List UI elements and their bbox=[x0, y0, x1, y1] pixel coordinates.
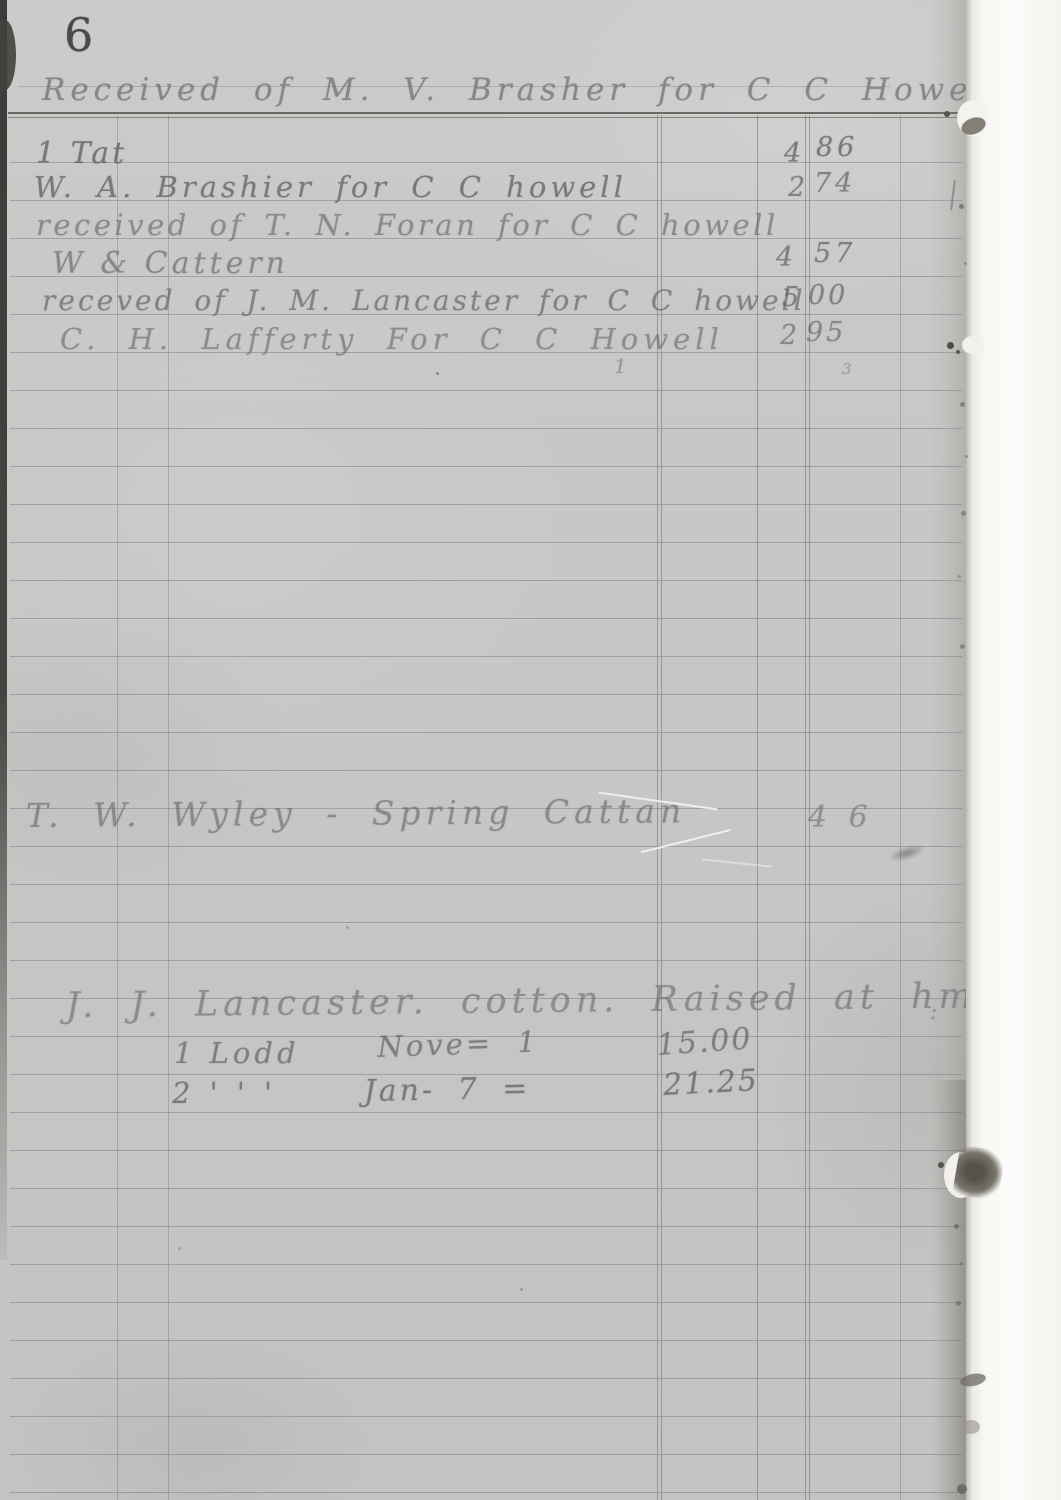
entry-amount-cents: 57 bbox=[814, 238, 856, 269]
lancaster-row-amount: 15.00 bbox=[656, 1021, 754, 1063]
entry-description: 1 Tat bbox=[36, 136, 127, 171]
dollars-column-rule bbox=[757, 115, 758, 1500]
edge-bump bbox=[962, 1420, 980, 1434]
edge-tear-shadow bbox=[952, 1144, 1006, 1201]
edge-speck bbox=[944, 111, 950, 117]
ledger-scan: 6 Received of M. V. Brasher for C C Howe… bbox=[0, 0, 1061, 1500]
right-column-rule bbox=[900, 115, 901, 1500]
entry-amount-cents: 95 bbox=[806, 317, 846, 348]
binding-edge bbox=[0, 0, 7, 1260]
lancaster-row-qty: 1 Lodd bbox=[174, 1036, 300, 1070]
edge-speck bbox=[957, 1484, 967, 1494]
lancaster-row-qty: 2 ' ' ' bbox=[172, 1076, 277, 1110]
stray-tick-mark: 1 bbox=[614, 354, 627, 378]
header-entry: Received of M. V. Brasher for C C Howell bbox=[42, 72, 1002, 108]
entry-description: received of T. N. Foran for C C howell bbox=[36, 208, 779, 242]
entry-amount-dollars: 2 bbox=[780, 320, 797, 351]
header-double-rule-top bbox=[8, 112, 966, 114]
entry-amount-cents: 00 bbox=[808, 280, 848, 311]
entry-description: W. A. Brashier for C C howell bbox=[34, 170, 627, 204]
scan-background-margin bbox=[966, 0, 1061, 1500]
edge-speck bbox=[938, 1162, 944, 1168]
entry-description: receved of J. M. Lancaster for C C howel… bbox=[42, 284, 806, 317]
entry-description: C. H. Lafferty For C C Howell bbox=[60, 322, 724, 356]
edge-nick bbox=[962, 336, 984, 354]
edge-speck bbox=[956, 350, 960, 354]
entry-amount-cents: 74 bbox=[814, 168, 856, 199]
lancaster-row-amount: 21.25 bbox=[662, 1063, 760, 1103]
lancaster-row-date: Nove= 1 bbox=[377, 1024, 539, 1064]
page-number: 6 bbox=[64, 8, 93, 62]
entry-amount-dollars: 4 bbox=[776, 242, 793, 273]
entry-amount-cents: 86 bbox=[816, 132, 858, 163]
entry-description: W & Cattern bbox=[52, 246, 289, 281]
entry-amount-dollars: 2 bbox=[788, 172, 805, 203]
middle-entry-description: T. W. Wyley - Spring Cattan bbox=[26, 791, 687, 835]
page-edge-dark-band bbox=[934, 1080, 966, 1500]
lancaster-row-date: Jan- 7 = bbox=[363, 1071, 530, 1109]
stray-tick-mark: 3 bbox=[842, 360, 852, 378]
edge-speck bbox=[947, 342, 954, 349]
header-double-rule-bottom bbox=[8, 117, 966, 118]
middle-entry-amount: 4 6 bbox=[808, 800, 874, 835]
entry-amount-dollars: 4 bbox=[784, 138, 801, 169]
entry-amount-dollars: 5 bbox=[782, 282, 799, 313]
